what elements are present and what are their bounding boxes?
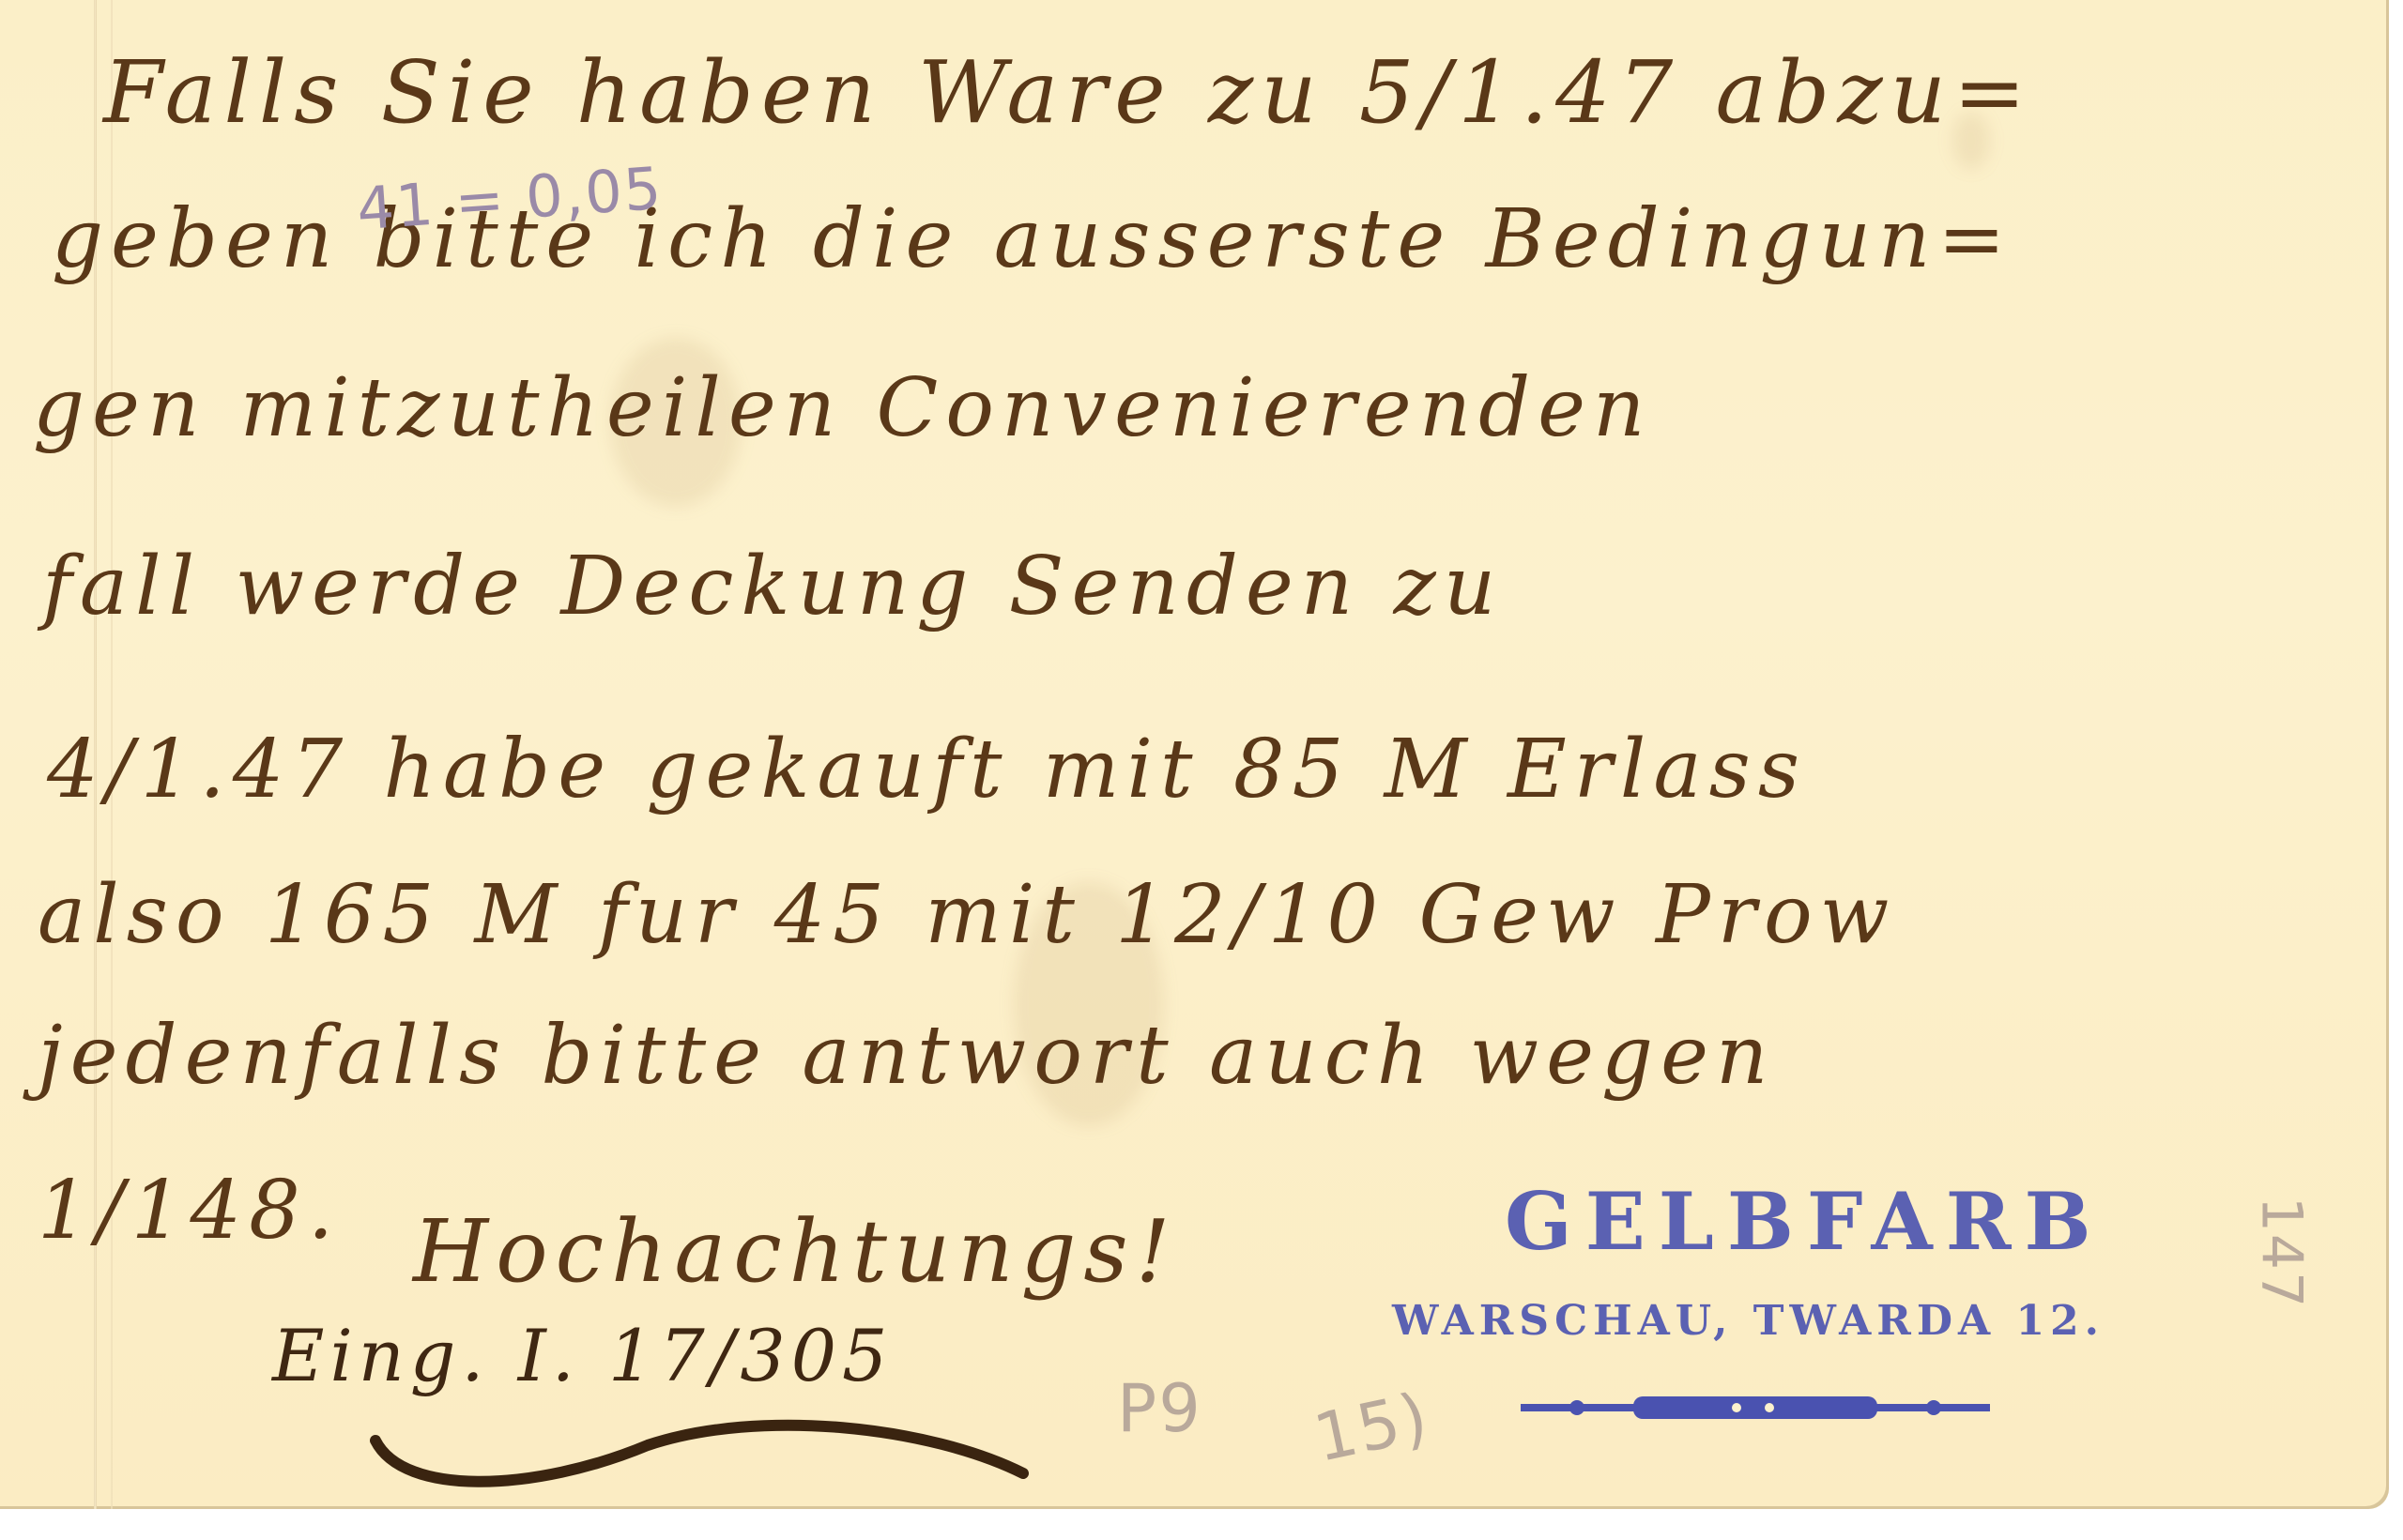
pencil-note-15: 15) xyxy=(1308,1378,1436,1477)
letter-line-3: gen mitzutheilen Convenierenden xyxy=(33,361,1652,455)
reference-number: Eing. I. 17/305 xyxy=(272,1314,893,1397)
pencil-note-right: 147 xyxy=(2248,1197,2314,1310)
postcard: Falls Sie haben Ware zu 5/1.47 abzu= geb… xyxy=(0,0,2389,1509)
letter-line-2: geben bitte ich die ausserste Bedingun= xyxy=(52,192,2013,286)
stamp-address: WARSCHAU, TWARDA 12. xyxy=(1392,1297,2105,1345)
letter-line-6: also 165 M fur 45 mit 12/10 Gew Prow xyxy=(38,868,1896,962)
pencil-note-p9: P9 xyxy=(1117,1370,1202,1447)
stamp-ornament-icon xyxy=(1521,1389,1990,1426)
letter-line-4: fall werde Deckung Senden zu xyxy=(42,540,1503,633)
closing-signature: Hochachtungs! xyxy=(413,1201,1178,1302)
stamp-company-name: GELBFARB xyxy=(1505,1175,2105,1268)
signature-underline xyxy=(366,1408,1042,1492)
letter-line-1: Falls Sie haben Ware zu 5/1.47 abzu= xyxy=(103,42,2033,143)
letter-line-5: 4/1.47 habe gekauft mit 85 M Erlass xyxy=(47,723,1807,816)
letter-line-8: 1/148. xyxy=(38,1164,341,1258)
letter-line-7: jedenfalls bitte antwort auch wegen xyxy=(38,1009,1775,1103)
